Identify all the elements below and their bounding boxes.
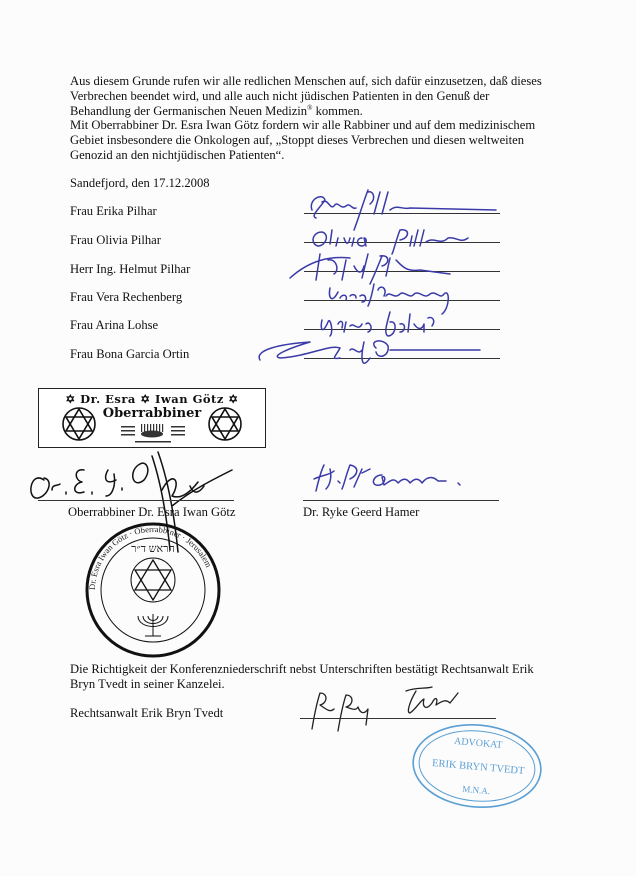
paragraph-line: Mit Oberrabbiner Dr. Esra Iwan Götz ford…: [70, 118, 590, 133]
signatory-name: Herr Ing. Helmut Pilhar: [70, 262, 190, 277]
signatory-name: Frau Bona Garcia Ortin: [70, 347, 189, 362]
signatures-group: [250, 180, 540, 370]
signatory-name: Frau Olivia Pilhar: [70, 233, 161, 248]
paragraph-line: Behandlung der Germanischen Neuen Medizi…: [70, 104, 590, 119]
star-of-david-icon: [61, 406, 97, 442]
star-of-david-icon: [207, 406, 243, 442]
hamer-signature: [310, 455, 550, 500]
lawyer-name-label: Rechtsanwalt Erik Bryn Tvedt: [70, 706, 223, 721]
rabbi-letterhead-stamp: ✡ Dr. Esra ✡ Iwan Götz ✡ Oberrabbiner: [38, 388, 266, 448]
body-paragraph-1: Aus diesem Grunde rufen wir alle redlich…: [70, 74, 590, 163]
seal-hebrew-text: הראש ד״ר: [131, 543, 175, 555]
signatory-name: Frau Erika Pilhar: [70, 204, 157, 219]
signature-line: [300, 718, 496, 719]
paragraph-line: Aus diesem Grunde rufen wir alle redlich…: [70, 74, 590, 89]
text-span: Behandlung der Germanischen Neuen Medizi…: [70, 104, 307, 118]
stamp-middle-text: ERIK BRYN TVEDT: [432, 758, 526, 777]
hamer-name-label: Dr. Ryke Geerd Hamer: [303, 505, 419, 520]
place-date: Sandefjord, den 17.12.2008: [70, 176, 210, 191]
text-span: kommen.: [312, 104, 362, 118]
rabbi-round-seal: Dr. Esra Iwan Götz · Oberrabbiner · Jeru…: [83, 520, 223, 660]
signature-line: [38, 500, 234, 501]
paragraph-line: Genozid an den nichtjüdischen Patienten“…: [70, 148, 590, 163]
paragraph-line: Gebiet insbesondere die Onkologen auf, „…: [70, 133, 590, 148]
signatory-name: Frau Arina Lohse: [70, 318, 158, 333]
stamp-title: ✡ Dr. Esra ✡ Iwan Götz ✡: [39, 392, 265, 406]
lawyer-advokat-stamp: ADVOKAT ERIK BRYN TVEDT M.N.A.: [410, 722, 545, 810]
rabbi-name-label: Oberrabbiner Dr. Esra Iwan Götz: [68, 505, 236, 520]
stamp-top-text: ADVOKAT: [454, 736, 503, 751]
menorah-icon: [138, 614, 168, 636]
paragraph-line: Verbrechen beendet wird, und alle auch n…: [70, 89, 590, 104]
stamp-bottom-text: M.N.A.: [462, 784, 491, 796]
signature-line: [303, 500, 499, 501]
paragraph-line: Die Richtigkeit der Konferenzniederschri…: [70, 662, 590, 677]
signatory-name: Frau Vera Rechenberg: [70, 290, 182, 305]
seal-ring-text: Dr. Esra Iwan Götz · Oberrabbiner · Jeru…: [87, 524, 214, 590]
